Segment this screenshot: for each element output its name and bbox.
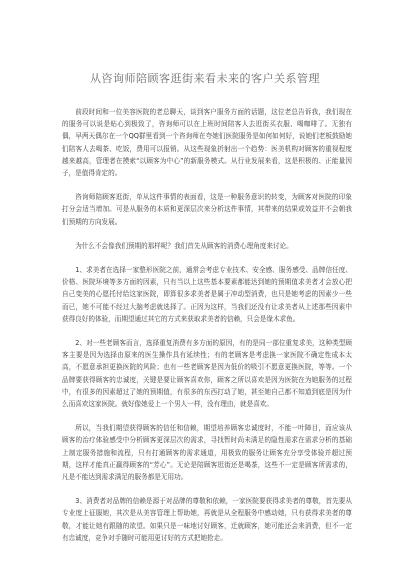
paragraph-spacer	[62, 252, 352, 264]
paragraph-spacer	[62, 410, 352, 422]
document-body: 前段时间和一位美容医院的老总聊天，谈到客户服务方面的话题，这位老总告诉我，我们现…	[62, 106, 352, 544]
paragraph-question: 为什么不会像我们预期的那样呢？我们首先从顾客的消费心理角度来讨论。	[62, 240, 352, 252]
paragraph-spacer	[62, 228, 352, 240]
paragraph-intro: 前段时间和一位美容医院的老总聊天，谈到客户服务方面的话题，这位老总告诉我，我们现…	[62, 106, 352, 179]
paragraph-conclusion: 所以，当我们期望获得顾客的信任和信赖，期望培养顾客忠诚度时，不能一叶障目，而应该…	[62, 422, 352, 483]
document-page: 从咨询师陪顾客逛街来看未来的客户关系管理 前段时间和一位美容医院的老总聊天，谈到…	[0, 0, 410, 580]
document-title: 从咨询师陪顾客逛街来看未来的客户关系管理	[0, 70, 410, 86]
paragraph-point-1: 1、求美者在选择一家整形医院之前，通常会考虑专业技术、安全感、服务感受、品牌信任…	[62, 264, 352, 325]
paragraph-point-2: 2、对一些老顾客而言，选择重复消费有多方面的原因，有的是同一部位重复求美，这种类…	[62, 337, 352, 410]
paragraph-point-3: 3、消费者对品牌的信赖是源于对品牌的尊敬和依赖，一家医院要获得求美者的尊敬，首先…	[62, 495, 352, 544]
paragraph-analysis: 咨询师陪顾客逛街，单从这件事情的表面看，这是一种服务意识的转变，为顾客对医院的印…	[62, 191, 352, 228]
paragraph-spacer	[62, 325, 352, 337]
paragraph-spacer	[62, 483, 352, 495]
paragraph-spacer	[62, 179, 352, 191]
